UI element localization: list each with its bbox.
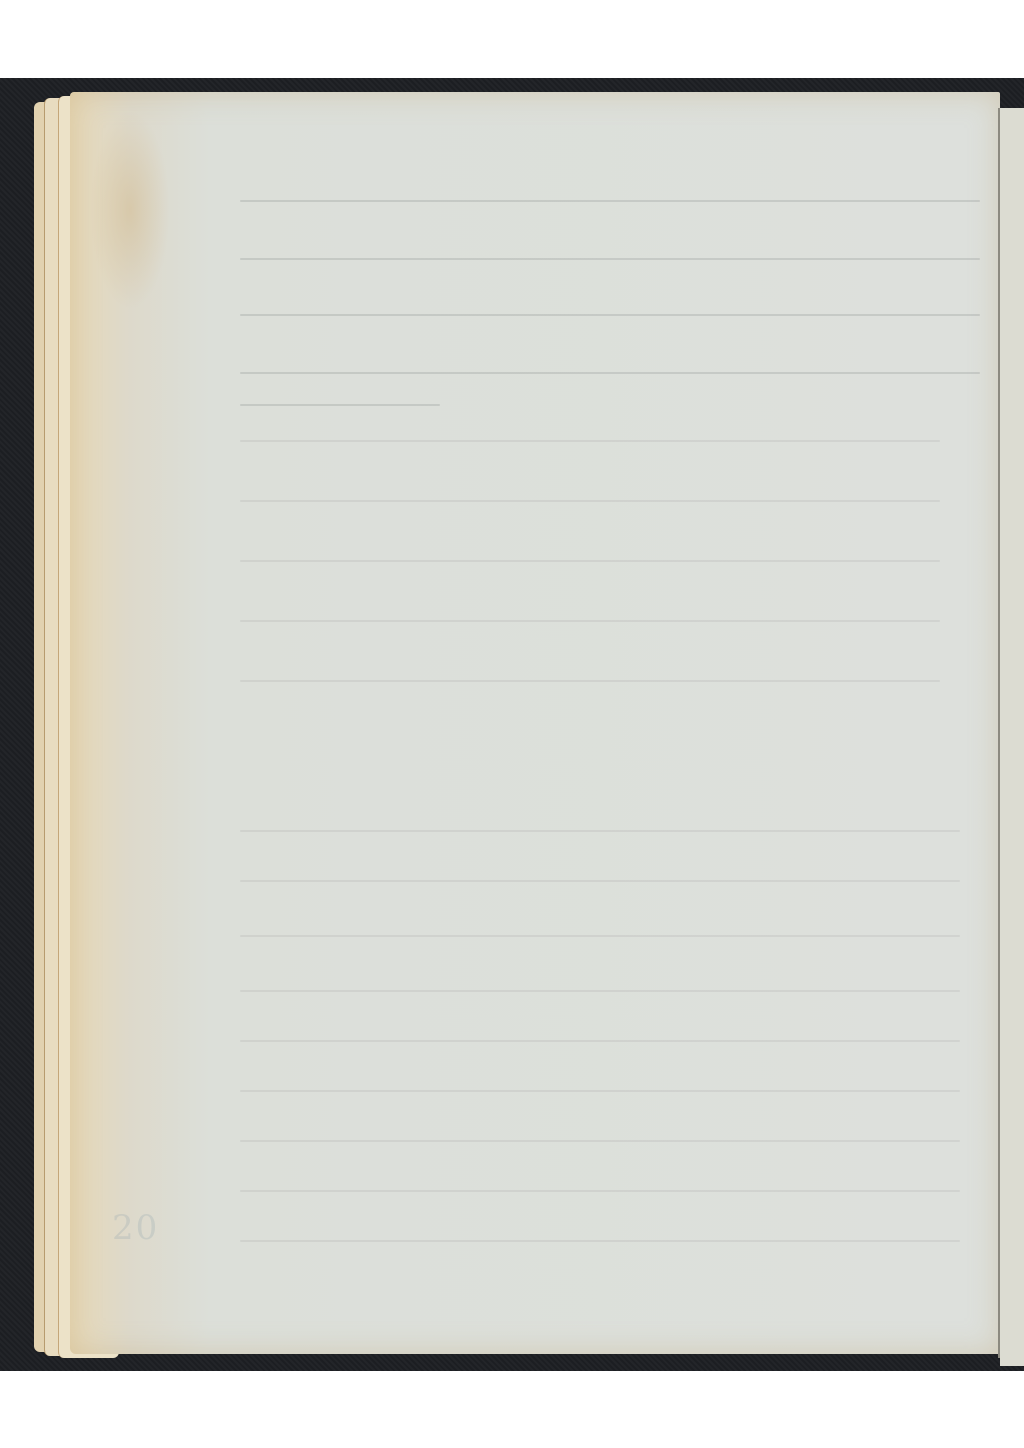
ghost-line xyxy=(240,500,940,502)
ghost-line xyxy=(240,1040,960,1042)
ghost-line xyxy=(240,1140,960,1142)
foxing-stain xyxy=(90,110,170,310)
binding-gutter xyxy=(998,108,1000,1358)
ghost-line xyxy=(240,1240,960,1242)
ghost-line xyxy=(240,620,940,622)
ghost-line xyxy=(240,200,980,202)
ghost-line xyxy=(240,1090,960,1092)
ghost-line xyxy=(240,990,960,992)
ghost-line xyxy=(240,258,980,260)
facing-page-edge xyxy=(1000,108,1024,1366)
bleed-through-folio-number: 20 xyxy=(112,1208,159,1248)
ghost-line xyxy=(240,935,960,937)
ghost-line xyxy=(240,314,980,316)
ghost-line xyxy=(240,372,980,374)
ghost-line xyxy=(240,404,440,406)
ghost-line xyxy=(240,560,940,562)
ghost-line xyxy=(240,440,940,442)
ghost-line xyxy=(240,830,960,832)
ghost-line xyxy=(240,880,960,882)
manuscript-page xyxy=(70,92,1000,1354)
ghost-line xyxy=(240,680,940,682)
ghost-line xyxy=(240,1190,960,1192)
